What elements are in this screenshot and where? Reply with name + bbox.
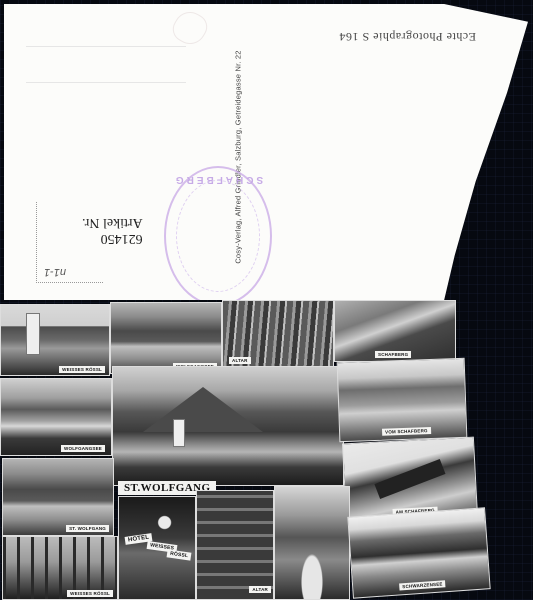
photo-vom-schafberg: VOM SCHAFBERG: [337, 358, 468, 442]
church-tower: [173, 419, 185, 447]
photo-weisses-roessl: WEISSES RÖSSL: [0, 304, 110, 376]
address-line: [26, 46, 186, 47]
photo-wolfgangsee: WOLFGANGSEE: [110, 302, 222, 374]
photo-paper-imprint: Echte Photographie S 164: [339, 29, 476, 44]
stamp-text: SCHAFBERG: [166, 174, 270, 185]
photo-caption: ALTAR: [229, 357, 251, 364]
photo-caption: VOM SCHAFBERG: [382, 427, 431, 436]
photo-caption: ALTAR: [249, 586, 271, 593]
handwritten-note: n1-1: [44, 266, 66, 278]
article-number: 621450: [82, 230, 143, 246]
church-tower: [26, 313, 40, 355]
photo-st-wolfgang: ST. WOLFGANG: [2, 458, 114, 536]
photo-caption: WEISSES RÖSSL: [67, 590, 113, 597]
postcard-front-collage: WEISSES RÖSSL WOLFGANGSEE ALTAR SCHAFBER…: [0, 300, 533, 600]
photo-main-view: [112, 366, 344, 486]
photo-hotel-night: HOTEL WEISSES RÖSSL: [118, 496, 196, 600]
photo-caption: SCHWARZENSEE: [399, 580, 446, 590]
photo-schafberg: SCHAFBERG: [334, 300, 456, 362]
ink-stamp: SCHAFBERG: [164, 166, 272, 306]
cog-railway-train: [374, 459, 445, 499]
photo-caption: WOLFGANGSEE: [61, 445, 105, 452]
article-label: Artikel Nr.: [82, 214, 143, 230]
address-line: [26, 82, 186, 83]
postcard-back: Echte Photographie S 164 Cosy-Verlag, Al…: [4, 4, 528, 300]
photo-caption: ST. WOLFGANG: [66, 525, 109, 532]
photo-caption: WEISSES RÖSSL: [59, 366, 105, 373]
photo-caption: SCHAFBERG: [375, 351, 411, 358]
photo-altar-2: ALTAR: [196, 490, 274, 600]
hotel-sign: RÖSSL: [167, 549, 192, 560]
pencil-mark: [168, 6, 212, 50]
article-label-block: 621450 Artikel Nr.: [82, 214, 143, 246]
photo-schwarzensee: SCHWARZENSEE: [347, 507, 490, 598]
photo-altar: ALTAR: [222, 300, 334, 368]
photo-lakeside-cafe: [274, 486, 350, 600]
photo-wolfgangsee-2: WOLFGANGSEE: [0, 378, 112, 456]
photo-weisses-roessl-2: WEISSES RÖSSL: [2, 536, 118, 600]
mountain-shape: [143, 387, 263, 432]
